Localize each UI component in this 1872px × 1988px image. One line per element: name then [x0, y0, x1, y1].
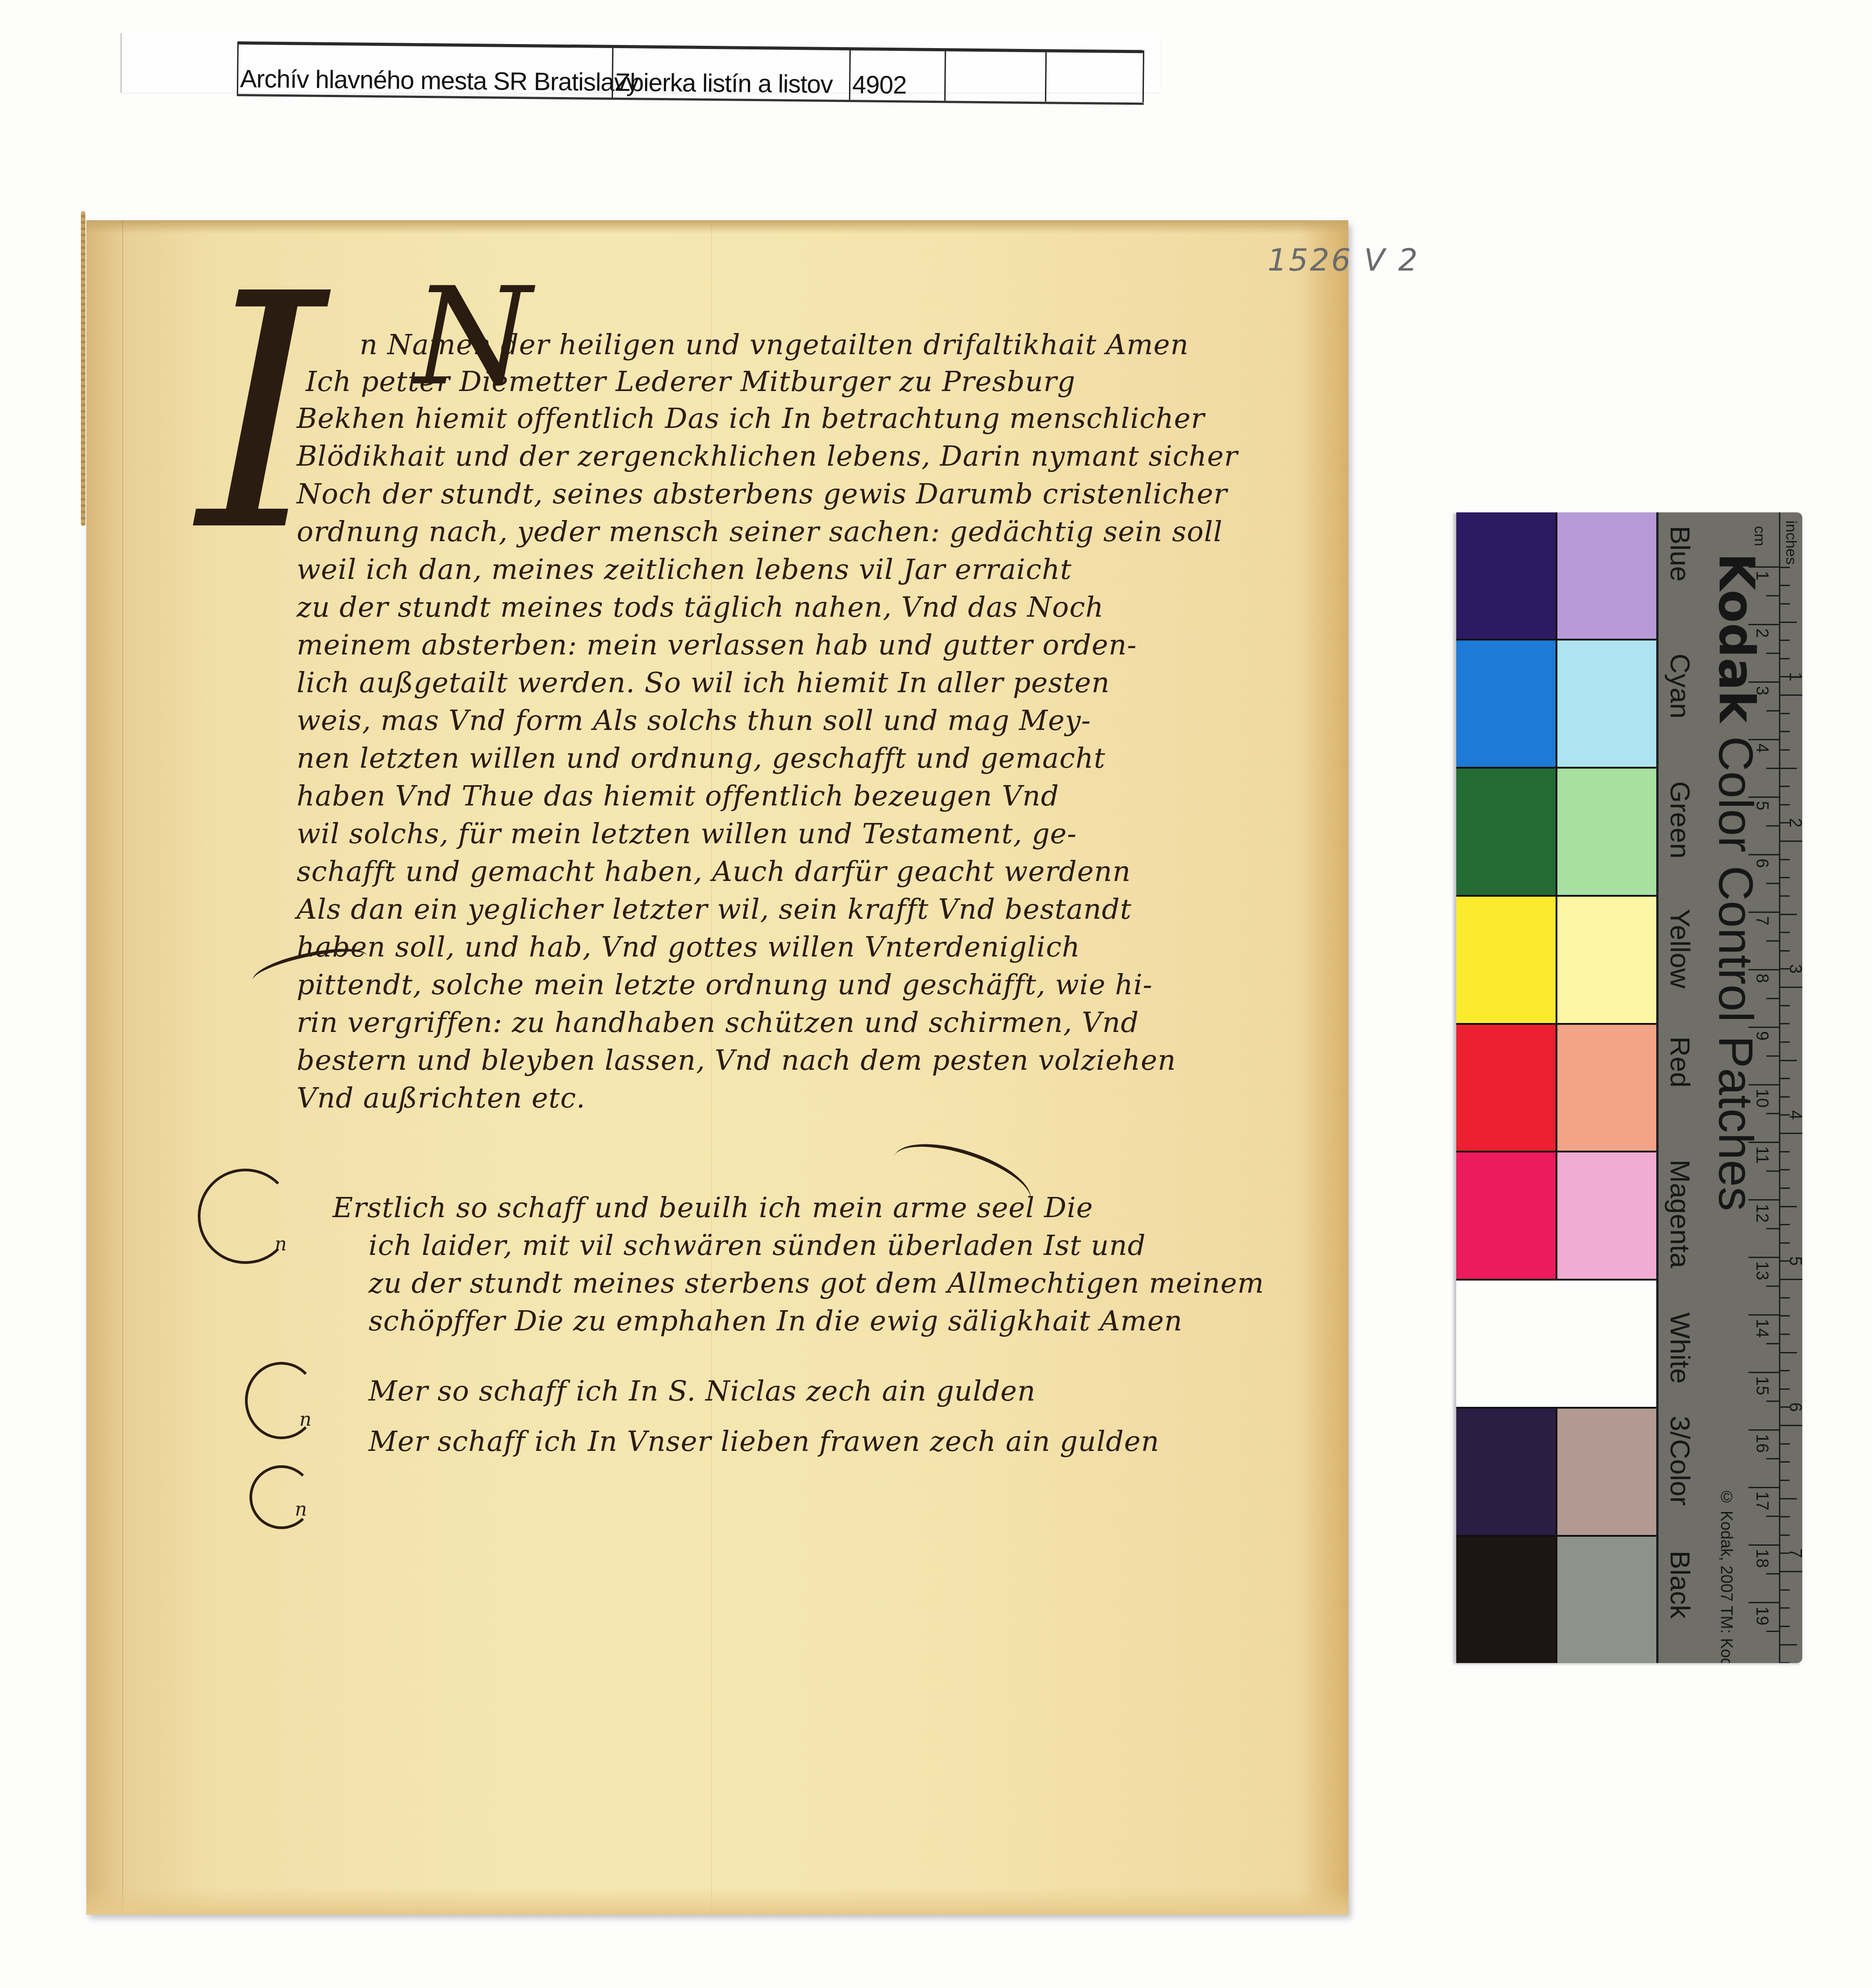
patch-row-green — [1456, 769, 1656, 897]
patch-row-cyan — [1456, 640, 1656, 769]
ruler-scale-line — [1779, 512, 1780, 1663]
patch-yellow-dark — [1456, 897, 1557, 1023]
inch-subtick — [1779, 1187, 1790, 1189]
patch-blue-dark — [1456, 512, 1557, 639]
inch-subtick — [1779, 1242, 1790, 1244]
inch-subtick — [1779, 713, 1790, 714]
archive-label-table: Archív hlavného mesta SR Bratislavy Zbie… — [237, 41, 1144, 105]
inch-tick — [1779, 1425, 1802, 1426]
cm-number: 13 — [1752, 1261, 1771, 1280]
cm-tick — [1748, 1257, 1780, 1258]
cm-number: 2 — [1752, 628, 1771, 638]
inch-subtick — [1779, 1498, 1797, 1499]
half-cm-tick — [1766, 1113, 1780, 1114]
inch-tick — [1779, 1133, 1802, 1134]
half-cm-tick — [1766, 825, 1780, 827]
paragraph-mark-icon: n — [198, 1169, 293, 1264]
patch-green-light — [1557, 769, 1657, 895]
patch-label-blue: Blue — [1664, 526, 1696, 582]
inch-subtick — [1779, 1662, 1790, 1663]
patch-row-yellow — [1456, 897, 1656, 1025]
cm-number: 18 — [1752, 1549, 1771, 1568]
cm-tick — [1748, 969, 1780, 970]
cm-number: 12 — [1752, 1204, 1771, 1223]
manuscript-line: zu der stundt meines tods täglich nahen,… — [297, 591, 1104, 623]
cm-number: 8 — [1752, 974, 1771, 983]
cm-tick — [1748, 1142, 1780, 1143]
inch-subtick — [1779, 1096, 1790, 1098]
manuscript-line: schafft und gemacht haben, Auch darfür g… — [297, 855, 1131, 888]
inch-subtick — [1779, 1461, 1790, 1463]
manuscript-line: weil ich dan, meines zeitlichen lebens v… — [297, 553, 1072, 586]
color-patches — [1456, 512, 1656, 1663]
patch-black — [1456, 1537, 1557, 1663]
manuscript-line: bestern und bleyben lassen, Vnd nach dem… — [297, 1044, 1176, 1076]
inch-subtick — [1779, 585, 1790, 586]
cm-tick — [1748, 681, 1780, 683]
inch-subtick — [1779, 1023, 1790, 1024]
patch-row-blue — [1456, 512, 1656, 640]
manuscript-line: schöpffer Die zu emphahen In die ewig sä… — [369, 1304, 1183, 1337]
inch-subtick — [1779, 731, 1790, 732]
manuscript-line: wil solchs, für mein letzten willen und … — [297, 817, 1077, 850]
inch-number: 1 — [1785, 672, 1802, 681]
inch-number: 4 — [1785, 1110, 1802, 1120]
cm-number: 6 — [1752, 858, 1771, 868]
inch-subtick — [1779, 1334, 1790, 1335]
manuscript-line: Ich petter Diemetter Lederer Mitburger z… — [306, 365, 1076, 398]
inch-subtick — [1779, 749, 1790, 751]
cm-unit-label: cm — [1751, 526, 1768, 546]
inch-subtick — [1779, 1078, 1790, 1079]
patch-red-light — [1557, 1025, 1657, 1151]
half-cm-tick — [1766, 653, 1780, 654]
patch-3color-light — [1557, 1409, 1657, 1535]
patch-label-white: White — [1664, 1312, 1696, 1383]
inch-tick — [1779, 1279, 1802, 1280]
inches-unit-label: inches — [1782, 520, 1800, 565]
manuscript-line: ordnung nach, yeder mensch seiner sachen… — [297, 515, 1223, 548]
inch-subtick — [1779, 895, 1790, 897]
inch-subtick — [1779, 1041, 1790, 1043]
manuscript-line: rin vergriffen: zu handhaben schützen un… — [297, 1006, 1139, 1039]
patch-white — [1456, 1281, 1656, 1407]
patch-label-black: Black — [1664, 1551, 1696, 1619]
cm-number: 17 — [1752, 1491, 1771, 1510]
inch-subtick — [1779, 1370, 1790, 1371]
manuscript-line: pittendt, solche mein letzte ordnung und… — [297, 968, 1153, 1001]
half-cm-tick — [1766, 1228, 1780, 1229]
manuscript-line: zu der stundt meines sterbens got dem Al… — [369, 1267, 1264, 1299]
inch-subtick — [1779, 603, 1790, 605]
patch-cyan-light — [1557, 640, 1657, 767]
archival-pencil-annotation: 1526 V 2 — [1267, 243, 1419, 278]
manuscript-line: Erstlich so schaff und beuilh ich mein a… — [333, 1191, 1093, 1224]
manuscript-line: haben Vnd Thue das hiemit offentlich bez… — [297, 779, 1059, 812]
patch-3color-dark — [1456, 1409, 1557, 1535]
inch-number: 3 — [1785, 964, 1802, 974]
manuscript-line: weis, mas Vnd form Als solchs thun soll … — [297, 704, 1091, 737]
patch-magenta-light — [1557, 1152, 1657, 1279]
inch-subtick — [1779, 1388, 1790, 1390]
inch-subtick — [1779, 1607, 1790, 1609]
patch-label-3color: 3/Color — [1664, 1416, 1696, 1506]
manuscript-line: haben soll, und hab, Vnd gottes willen V… — [297, 930, 1081, 963]
paragraph-mark-icon: n — [249, 1465, 313, 1529]
manuscript-line: n Namen der heiligen und vngetailten dri… — [360, 328, 1189, 361]
manuscript-line: Vnd außrichten etc. — [297, 1081, 586, 1114]
inch-number: 7 — [1785, 1548, 1802, 1558]
inch-subtick — [1779, 1644, 1797, 1646]
cm-number: 5 — [1752, 801, 1771, 810]
cm-tick — [1748, 1487, 1780, 1488]
inch-subtick — [1779, 1534, 1790, 1536]
manuscript-line: Als dan ein yeglicher letzter wil, sein … — [297, 893, 1132, 925]
inch-tick — [1779, 1571, 1802, 1572]
patch-yellow-light — [1557, 897, 1657, 1023]
inch-subtick — [1779, 768, 1797, 769]
collection-name-cell: Zbierka listín a listov — [612, 48, 849, 100]
half-cm-tick — [1766, 595, 1780, 596]
cm-tick — [1748, 624, 1780, 625]
inch-subtick — [1779, 567, 1790, 568]
inch-subtick — [1779, 1480, 1790, 1481]
inch-subtick — [1779, 914, 1797, 915]
inch-subtick — [1779, 804, 1790, 805]
half-cm-tick — [1766, 710, 1780, 712]
patch-row-black — [1456, 1537, 1656, 1663]
inch-subtick — [1779, 658, 1790, 659]
manuscript-line: Noch der stundt, seines absterbens gewis… — [297, 477, 1227, 510]
inch-subtick — [1779, 1005, 1790, 1006]
inch-tick — [1779, 987, 1802, 988]
cm-tick — [1748, 796, 1780, 798]
inch-number: 2 — [1785, 818, 1802, 827]
patch-green-dark — [1456, 769, 1557, 895]
patch-row-white — [1456, 1281, 1656, 1409]
empty-cell — [944, 51, 1045, 102]
half-cm-tick — [1766, 1055, 1780, 1057]
archive-name-cell: Archív hlavného mesta SR Bratislavy — [237, 44, 612, 98]
inch-number: 5 — [1785, 1256, 1802, 1266]
patch-label-magenta: Magenta — [1664, 1160, 1696, 1268]
manuscript-line: Mer schaff ich In Vnser lieben frawen ze… — [369, 1425, 1160, 1458]
half-cm-tick — [1766, 1573, 1780, 1574]
half-cm-tick — [1766, 1285, 1780, 1287]
manuscript-line: ich laider, mit vil schwären sünden über… — [369, 1229, 1146, 1262]
half-cm-tick — [1766, 1343, 1780, 1344]
cm-tick — [1748, 1199, 1780, 1201]
kodak-color-control-strip: Kodak Color Control Patches Blue Cyan Gr… — [1456, 512, 1802, 1663]
inch-subtick — [1779, 1589, 1790, 1591]
patch-blue-light — [1557, 512, 1657, 639]
inch-subtick — [1779, 1315, 1790, 1316]
page-fold-line — [122, 220, 123, 1915]
inch-subtick — [1779, 950, 1790, 952]
inch-subtick — [1779, 1443, 1790, 1445]
cm-number: 10 — [1752, 1089, 1771, 1107]
cm-tick — [1748, 1372, 1780, 1373]
inch-subtick — [1779, 859, 1790, 860]
cm-tick — [1748, 1602, 1780, 1603]
inch-subtick — [1779, 1151, 1790, 1152]
inch-subtick — [1779, 1352, 1797, 1353]
patch-row-red — [1456, 1025, 1656, 1153]
inch-subtick — [1779, 786, 1790, 787]
inch-subtick — [1779, 1516, 1790, 1517]
half-cm-tick — [1766, 1170, 1780, 1172]
cm-tick — [1748, 854, 1780, 855]
patch-label-green: Green — [1664, 781, 1696, 858]
manuscript-line: Blödikhait und der zergenckhlichen leben… — [297, 440, 1238, 472]
empty-cell — [1045, 52, 1144, 102]
half-cm-tick — [1766, 1401, 1780, 1402]
inch-subtick — [1779, 877, 1790, 878]
inch-subtick — [1779, 1626, 1790, 1627]
manuscript-line: Mer so schaff ich In S. Niclas zech ain … — [369, 1374, 1036, 1407]
cm-number: 3 — [1752, 686, 1771, 695]
inch-subtick — [1779, 1297, 1790, 1299]
cm-number: 14 — [1752, 1319, 1771, 1338]
manuscript-line: lich außgetailt werden. So wil ich hiemi… — [297, 666, 1110, 699]
cm-tick — [1748, 1084, 1780, 1085]
half-cm-tick — [1766, 1631, 1780, 1632]
inch-subtick — [1779, 932, 1790, 933]
cm-tick — [1748, 739, 1780, 740]
patch-label-cyan: Cyan — [1664, 654, 1696, 719]
inch-subtick — [1779, 1206, 1797, 1207]
half-cm-tick — [1766, 998, 1780, 999]
binding-thread — [81, 211, 85, 526]
cm-number: 16 — [1752, 1434, 1771, 1453]
inch-subtick — [1779, 640, 1790, 641]
patch-magenta-dark — [1456, 1152, 1557, 1279]
copyright-text: © Kodak, 2007 TM: Kodak — [1717, 1488, 1736, 1663]
patch-red-dark — [1456, 1025, 1557, 1151]
cm-tick — [1748, 1544, 1780, 1546]
inch-subtick — [1779, 1169, 1790, 1170]
patch-gray — [1557, 1537, 1657, 1663]
manuscript-line: meinem absterben: mein verlassen hab und… — [297, 628, 1137, 661]
inch-tick — [1779, 694, 1802, 696]
cm-number: 9 — [1752, 1031, 1771, 1041]
cm-number: 15 — [1752, 1376, 1771, 1395]
patch-cyan-dark — [1456, 640, 1557, 767]
cm-tick — [1748, 1027, 1780, 1028]
cm-tick — [1748, 1314, 1780, 1316]
cm-tick — [1748, 912, 1780, 913]
paragraph-mark-icon: n — [245, 1362, 318, 1439]
patch-label-yellow: Yellow — [1664, 909, 1696, 988]
cm-number: 1 — [1752, 571, 1771, 580]
document-number-cell: 4902 — [849, 50, 945, 101]
patch-row-magenta — [1456, 1152, 1656, 1281]
cm-tick — [1748, 1429, 1780, 1431]
manuscript-line: nen letzten willen und ordnung, geschaff… — [297, 742, 1106, 774]
half-cm-tick — [1766, 883, 1780, 884]
inch-tick — [1779, 841, 1802, 842]
cm-number: 11 — [1752, 1146, 1771, 1164]
measurement-ruler: Kodak Color Control Patches Blue Cyan Gr… — [1656, 512, 1802, 1663]
cm-number: 7 — [1752, 916, 1771, 925]
manuscript-line: Bekhen hiemit offentlich Das ich In betr… — [297, 402, 1205, 435]
half-cm-tick — [1766, 940, 1780, 942]
cm-number: 19 — [1752, 1606, 1771, 1625]
cm-tick — [1748, 566, 1780, 568]
inch-subtick — [1779, 622, 1797, 623]
half-cm-tick — [1766, 768, 1780, 769]
inch-subtick — [1779, 1224, 1790, 1225]
cm-number: 4 — [1752, 743, 1771, 753]
patch-label-red: Red — [1664, 1036, 1696, 1088]
half-cm-tick — [1766, 1458, 1780, 1459]
half-cm-tick — [1766, 1516, 1780, 1517]
inch-subtick — [1779, 1060, 1797, 1061]
patch-row-3color — [1456, 1409, 1656, 1537]
kodak-brand-title: Kodak Color Control Patches — [1708, 553, 1764, 1211]
inch-number: 6 — [1785, 1402, 1802, 1412]
